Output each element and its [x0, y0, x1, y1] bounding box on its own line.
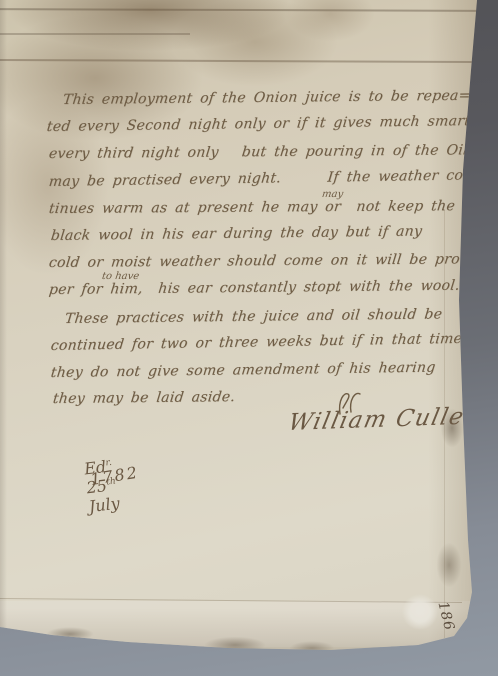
dateline: Edr. 25th July: [40, 437, 123, 540]
manuscript-line: may be practised every night. If the wea…: [48, 167, 485, 190]
manuscript-line: continued for two or three weeks but if …: [50, 331, 463, 354]
manuscript-line: black wool in his ear during the day but…: [50, 223, 423, 244]
manuscript-line: every third night only but the pouring i…: [48, 142, 469, 162]
letter-page: This employment of the Onion juice is to…: [0, 0, 498, 676]
archive-page-number: 186: [434, 600, 457, 633]
interlinear-insertion: may: [321, 189, 344, 200]
signature: William Cullen: [286, 403, 484, 436]
interlinear-insertion: to have: [101, 271, 140, 282]
manuscript-line: they may be laid aside.: [52, 389, 236, 407]
manuscript-line: cold or moist weather should come on it …: [48, 251, 473, 271]
manuscript-photo: This employment of the Onion juice is to…: [0, 0, 498, 676]
manuscript-line: These practices with the juice and oil s…: [64, 306, 443, 327]
manuscript-line: This employment of the Onion juice is to…: [62, 88, 472, 108]
manuscript-line: tinues warm as at present he may or not …: [48, 198, 456, 217]
letter-text: This employment of the Onion juice is to…: [0, 0, 498, 676]
manuscript-line: they do not give some amendment of his h…: [50, 360, 436, 381]
manuscript-line: ted every Second night only or if it giv…: [46, 113, 494, 135]
dateline-month: July: [88, 494, 121, 517]
